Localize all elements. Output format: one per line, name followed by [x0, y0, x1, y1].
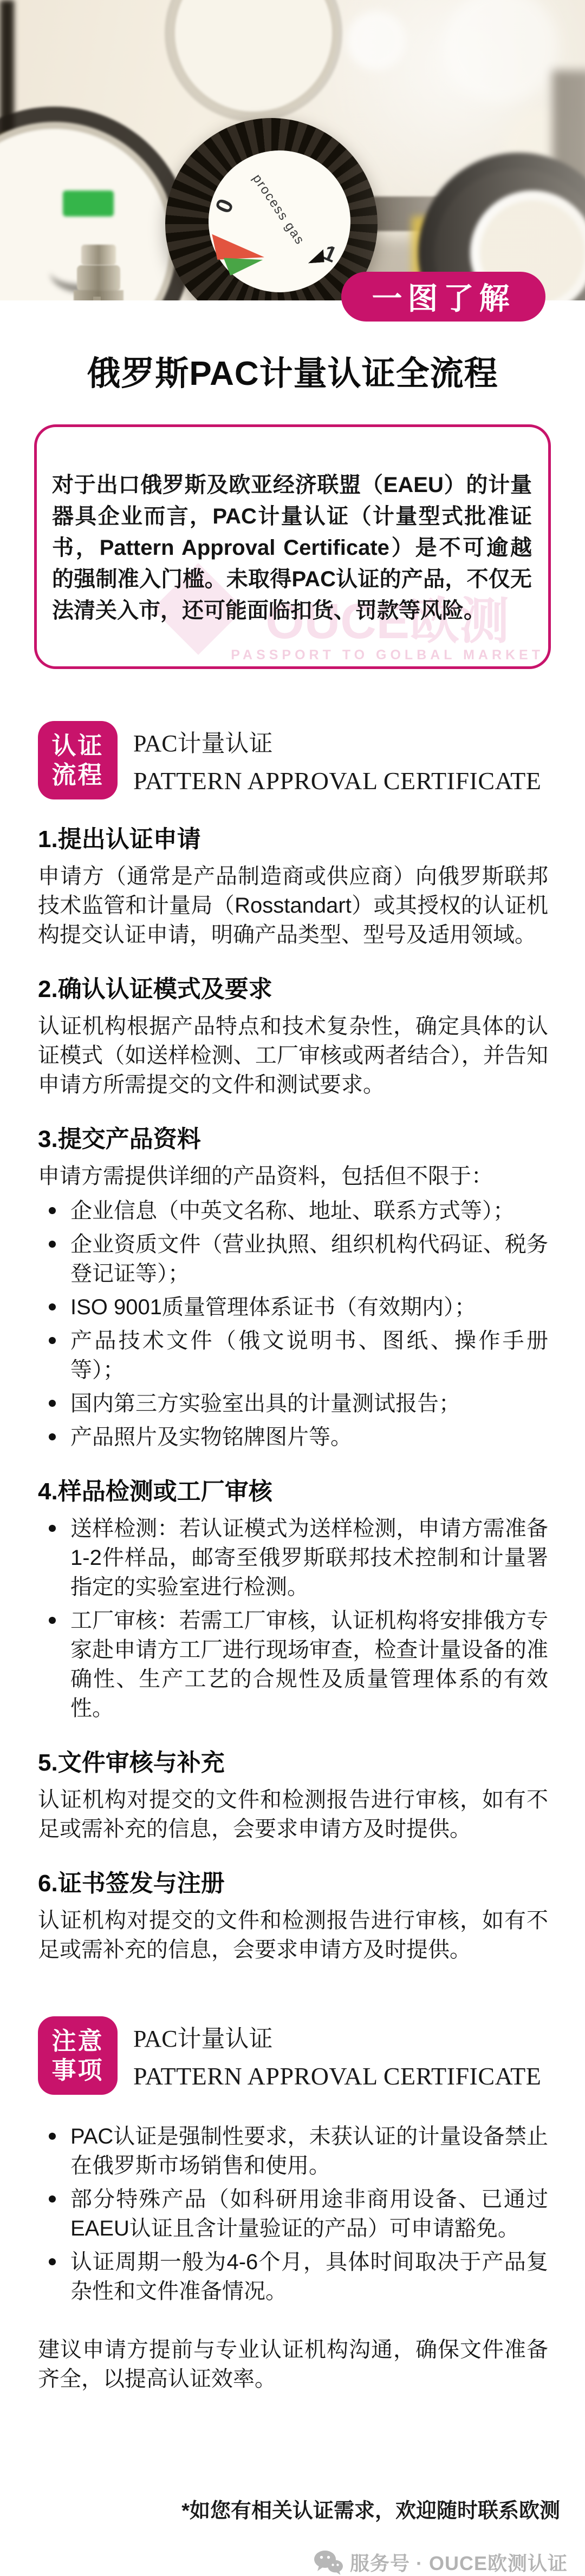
section-subtitle-en: PATTERN APPROVAL CERTIFICATE	[133, 2061, 541, 2091]
step-paragraph: 申请方需提供详细的产品资料，包括但不限于：	[38, 1162, 548, 1191]
section-badge-notes: 注意 事项	[38, 2016, 118, 2095]
infographic-page: process gas 0 1 一图了解 俄罗斯PAC计量认证全流程 OUCE欧…	[0, 0, 585, 2576]
notes-content: PAC认证是强制性要求，未获认证的计量设备禁止在俄罗斯市场销售和使用。 部分特殊…	[38, 2122, 548, 2394]
step-heading: 6.证书签发与注册	[38, 1869, 548, 1898]
step-heading: 1.提出认证申请	[38, 824, 548, 854]
step-heading: 5.文件审核与补充	[38, 1748, 548, 1778]
step-paragraph: 申请方（通常是产品制造商或供应商）向俄罗斯联邦技术监管和计量局（Rosstand…	[38, 862, 548, 949]
list-item: 认证周期一般为4-6个月，具体时间取决于产品复杂性和文件准备情况。	[38, 2247, 548, 2306]
section-badge-flow: 认证 流程	[38, 721, 118, 799]
step-paragraph: 认证机构根据产品特点和技术复杂性，确定具体的认证模式（如送样检测、工厂审核或两者…	[38, 1012, 548, 1099]
step-heading: 3.提交产品资料	[38, 1124, 548, 1154]
steps-content: 1.提出认证申请 申请方（通常是产品制造商或供应商）向俄罗斯联邦技术监管和计量局…	[38, 824, 548, 1964]
intro-box: OUCE欧测 PASSPORT TO GOLBAL MARKET 对于出口俄罗斯…	[34, 424, 551, 669]
list-item: 国内第三方实验室出具的计量测试报告；	[38, 1389, 548, 1418]
section-badge-line1: 认证	[51, 731, 103, 761]
list-item: 部分特殊产品（如科研用途非商用设备、已通过EAEU认证且含计量验证的产品）可申请…	[38, 2185, 548, 2243]
bullet-list: 企业信息（中英文名称、地址、联系方式等）； 企业资质文件（营业执照、组织机构代码…	[38, 1196, 548, 1452]
list-item: 送样检测：若认证模式为送样检测，申请方需准备1-2件样品，邮寄至俄罗斯联邦技术控…	[38, 1514, 548, 1602]
closing-paragraph: 建议申请方提前与专业认证机构沟通，确保文件准备齐全，以提高认证效率。	[38, 2335, 548, 2394]
list-item: PAC认证是强制性要求，未获认证的计量设备禁止在俄罗斯市场销售和使用。	[38, 2122, 548, 2180]
list-item: 工厂审核：若需工厂审核，认证机构将安排俄方专家赴申请方工厂进行现场审查，检查计量…	[38, 1606, 548, 1723]
section-header-flow: 认证 流程 PAC计量认证 PATTERN APPROVAL CERTIFICA…	[38, 721, 585, 799]
section-subtitle-zh: PAC计量认证	[133, 2025, 541, 2054]
section-subtitle-notes: PAC计量认证 PATTERN APPROVAL CERTIFICATE	[133, 2016, 541, 2091]
bullet-list: 送样检测：若认证模式为送样检测，申请方需准备1-2件样品，邮寄至俄罗斯联邦技术控…	[38, 1514, 548, 1723]
footer-note: *如您有相关认证需求，欢迎随时联系欧测	[0, 2494, 560, 2523]
list-item: 产品照片及实物铭牌图片等。	[38, 1423, 548, 1452]
step-heading: 2.确认认证模式及要求	[38, 974, 548, 1004]
section-subtitle-zh: PAC计量认证	[133, 730, 541, 758]
list-item: 企业资质文件（营业执照、组织机构代码证、税务登记证等）；	[38, 1230, 548, 1288]
step-2: 2.确认认证模式及要求 认证机构根据产品特点和技术复杂性，确定具体的认证模式（如…	[38, 974, 548, 1099]
watermark-slogan: PASSPORT TO GOLBAL MARKET	[231, 647, 544, 663]
step-6: 6.证书签发与注册 认证机构对提交的文件和检测报告进行审核，如有不足或需补充的信…	[38, 1869, 548, 1964]
section-subtitle-en: PATTERN APPROVAL CERTIFICATE	[133, 766, 541, 796]
wechat-icon	[313, 2549, 343, 2575]
section-subtitle-flow: PAC计量认证 PATTERN APPROVAL CERTIFICATE	[133, 721, 541, 796]
step-paragraph: 认证机构对提交的文件和检测报告进行审核，如有不足或需补充的信息，会要求申请方及时…	[38, 1906, 548, 1964]
step-paragraph: 认证机构对提交的文件和检测报告进行审核，如有不足或需补充的信息，会要求申请方及时…	[38, 1785, 548, 1844]
hero-pill-badge: 一图了解	[341, 272, 545, 322]
photo-haze-overlay	[0, 0, 585, 300]
list-item: 企业信息（中英文名称、地址、联系方式等）；	[38, 1196, 548, 1225]
section-header-notes: 注意 事项 PAC计量认证 PATTERN APPROVAL CERTIFICA…	[38, 2016, 585, 2095]
page-title: 俄罗斯PAC计量认证全流程	[22, 355, 563, 393]
step-3: 3.提交产品资料 申请方需提供详细的产品资料，包括但不限于： 企业信息（中英文名…	[38, 1124, 548, 1452]
intro-text: 对于出口俄罗斯及欧亚经济联盟（EAEU）的计量器具企业而言，PAC计量认证（计量…	[52, 469, 532, 626]
step-1: 1.提出认证申请 申请方（通常是产品制造商或供应商）向俄罗斯联邦技术监管和计量局…	[38, 824, 548, 949]
list-item: ISO 9001质量管理体系证书（有效期内）；	[38, 1293, 548, 1322]
section-badge-line2: 流程	[51, 761, 103, 790]
step-5: 5.文件审核与补充 认证机构对提交的文件和检测报告进行审核，如有不足或需补充的信…	[38, 1748, 548, 1844]
hero-photo: process gas 0 1	[0, 0, 585, 300]
section-badge-line2: 事项	[51, 2056, 103, 2085]
step-4: 4.样品检测或工厂审核 送样检测：若认证模式为送样检测，申请方需准备1-2件样品…	[38, 1477, 548, 1723]
service-account-row: 服务号 · OUCE欧测认证	[0, 2548, 568, 2576]
bullet-list: PAC认证是强制性要求，未获认证的计量设备禁止在俄罗斯市场销售和使用。 部分特殊…	[38, 2122, 548, 2306]
list-item: 产品技术文件（俄文说明书、图纸、操作手册等）；	[38, 1326, 548, 1385]
step-heading: 4.样品检测或工厂审核	[38, 1477, 548, 1506]
section-badge-line1: 注意	[51, 2027, 103, 2056]
service-account-label: 服务号 · OUCE欧测认证	[350, 2548, 568, 2576]
